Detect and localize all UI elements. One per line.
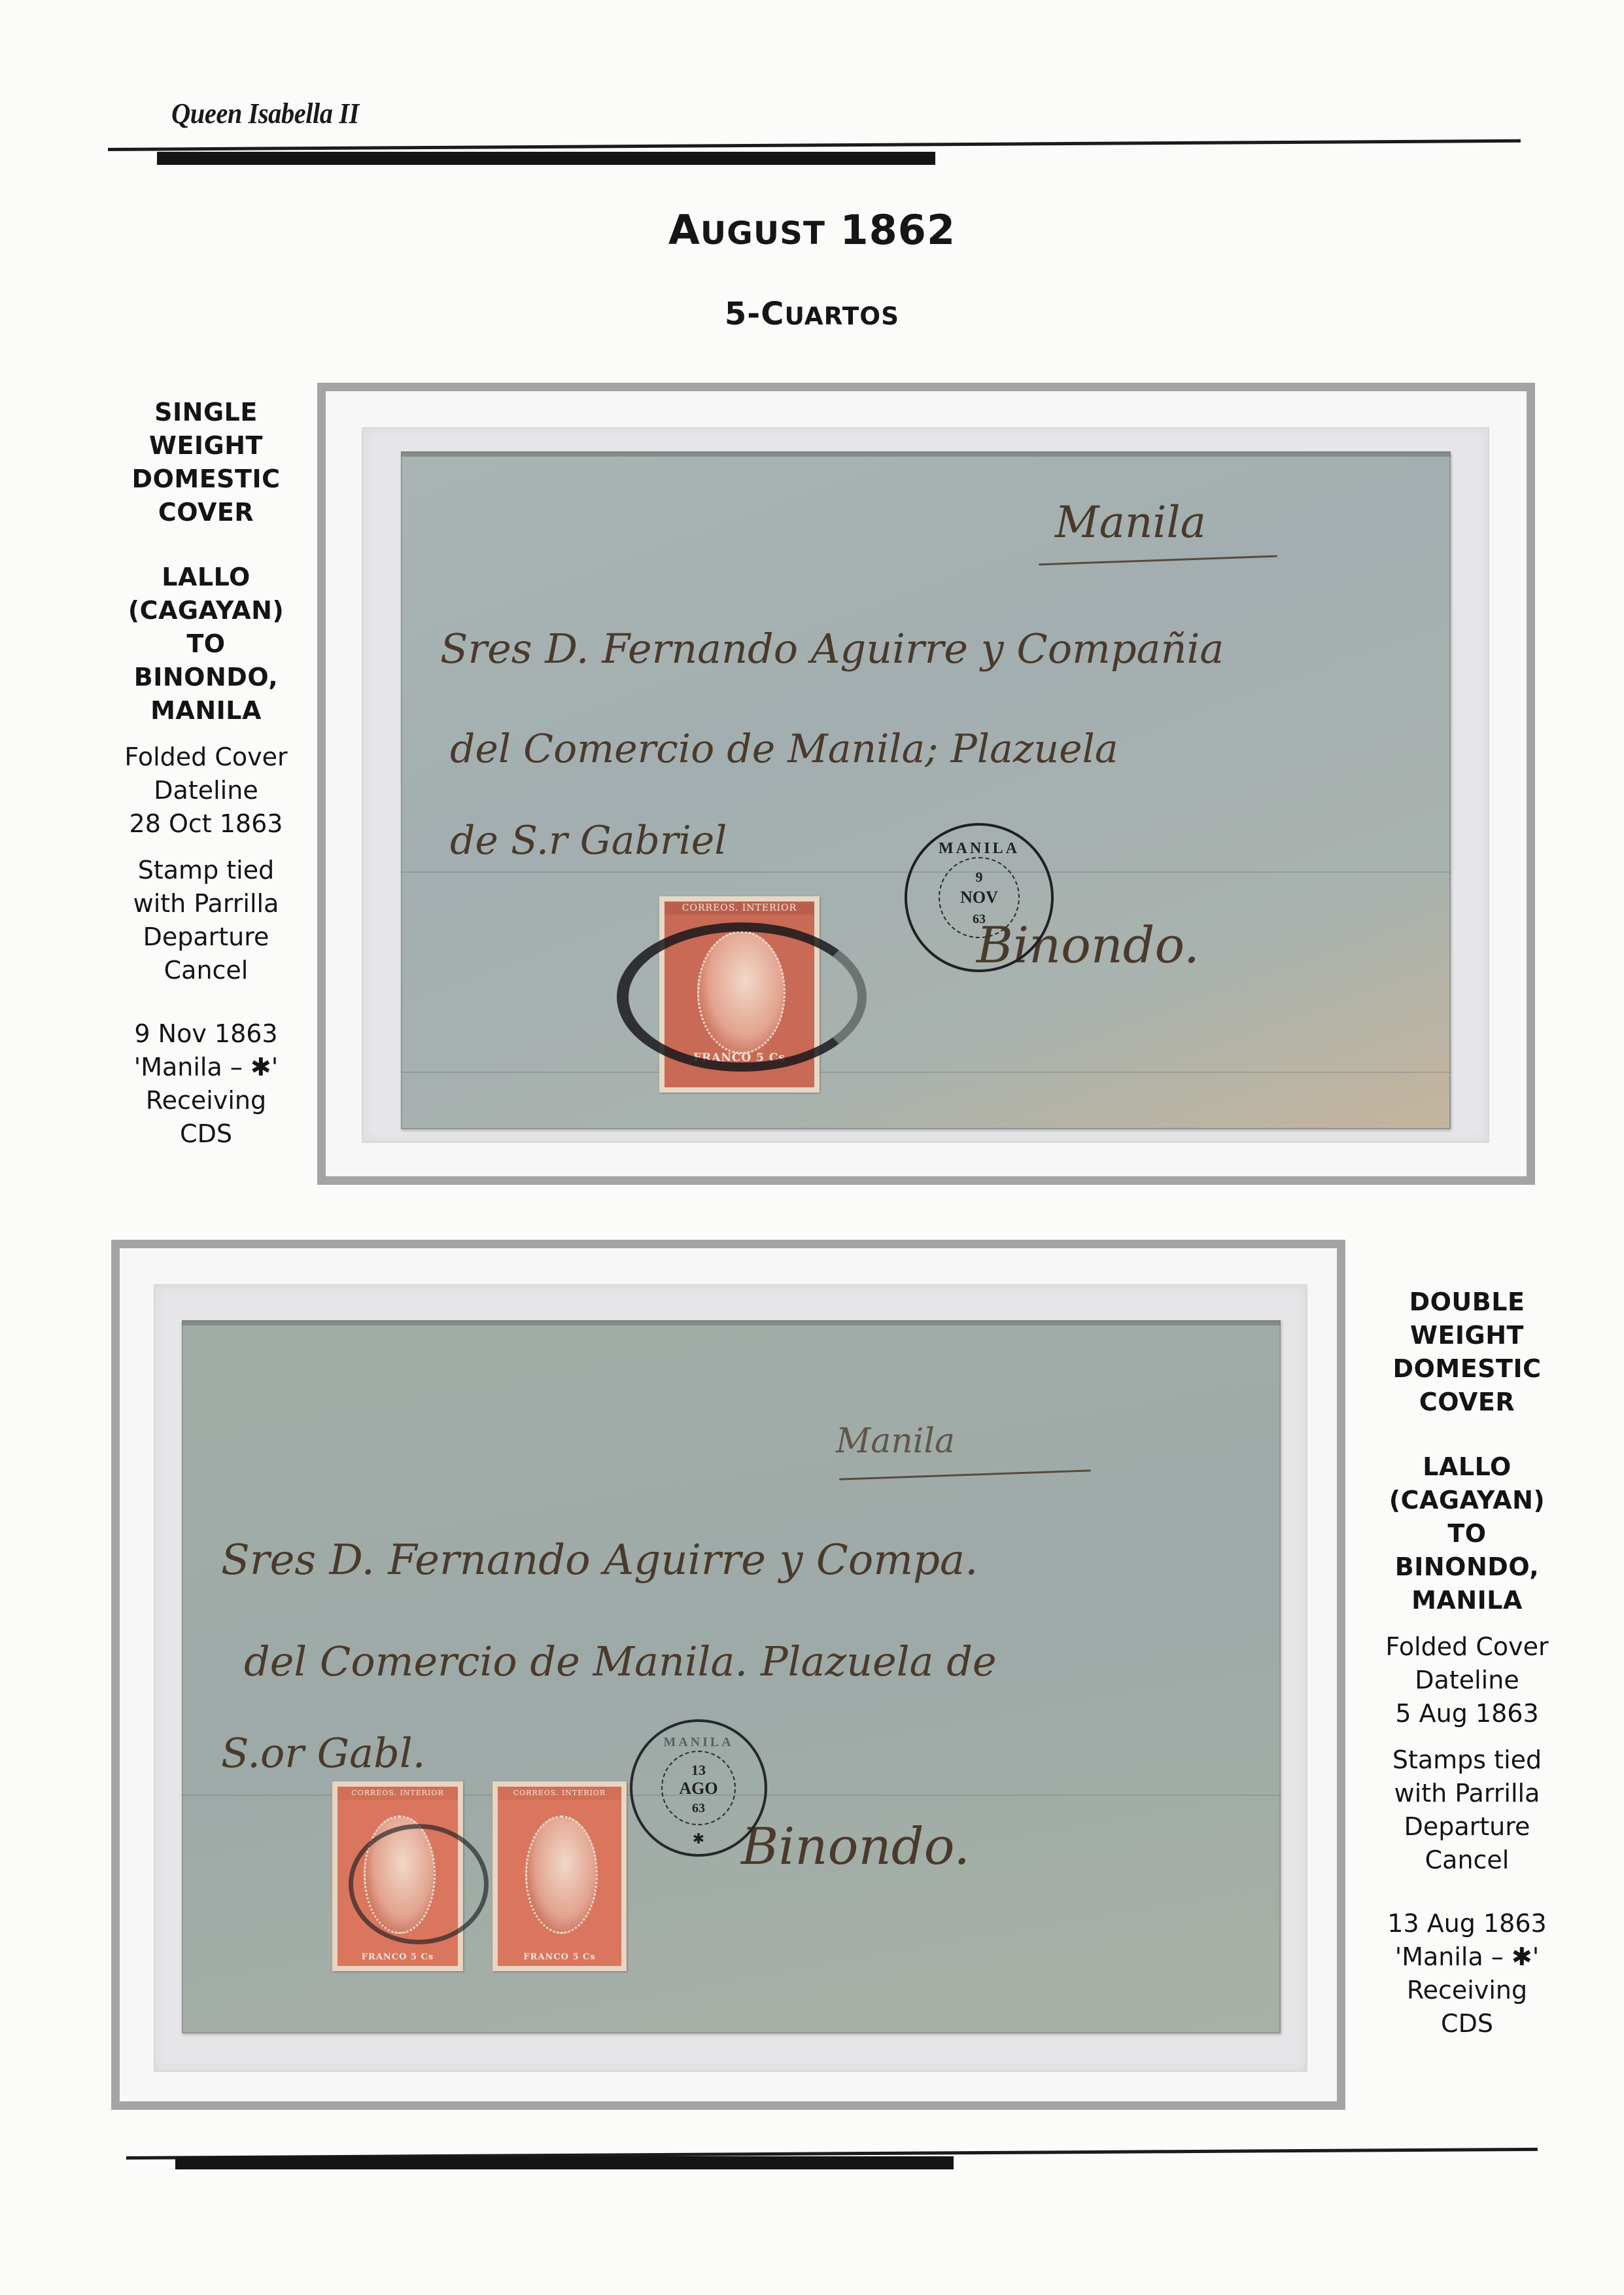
cds-month: NOV — [907, 888, 1051, 907]
exhibit-2-description: DOUBLE WEIGHT DOMESTIC COVER LALLO (CAGA… — [1359, 1286, 1575, 2041]
exhibit-1-receiving: 9 Nov 1863 'Manila – ✱' Receiving CDS — [98, 1017, 314, 1151]
cds-day: 13 — [632, 1762, 765, 1779]
stamp-top-legend: CORREOS. INTERIOR — [665, 902, 814, 915]
exhibit-2-receiving: 13 Aug 1863 'Manila – ✱' Receiving CDS — [1359, 1907, 1575, 2041]
page-subtitle: 5-CUARTOS — [0, 296, 1624, 332]
cds-year: 63 — [632, 1801, 765, 1816]
cover-1-destination-underline — [1039, 555, 1277, 566]
queen-portrait-icon — [525, 1815, 598, 1934]
page-subtitle-prefix: 5-C — [725, 296, 785, 332]
cover-2-cds-postmark: MANILA 13 AGO 63 ✱ — [630, 1719, 767, 1857]
exhibit-1-heading: SINGLE WEIGHT DOMESTIC COVER — [98, 396, 314, 529]
cover-1-destination: Manila — [1055, 497, 1206, 548]
exhibit-2-route: LALLO (CAGAYAN) TO BINONDO, MANILA — [1359, 1450, 1575, 1617]
exhibit-1-dateline: Folded Cover Dateline 28 Oct 1863 — [98, 741, 314, 841]
page-title-year: 1862 — [840, 206, 956, 254]
exhibit-2-dateline: Folded Cover Dateline 5 Aug 1863 — [1359, 1630, 1575, 1730]
parrilla-cancel-icon — [349, 1824, 489, 1944]
stamp-top-legend: CORREOS. INTERIOR — [337, 1787, 458, 1800]
cover-fold-line — [401, 1072, 1451, 1073]
cover-1-cds-postmark: MANILA 9 NOV 63 — [905, 823, 1054, 972]
cover-1-address-line-1: Sres D. Fernando Aguirre y Compañia — [440, 625, 1224, 673]
cover-2-address-line-3: S.or Gabl. — [221, 1729, 425, 1777]
cover-2-destination: Manila — [836, 1422, 955, 1461]
cover-top-edge — [401, 451, 1451, 457]
cover-top-edge — [182, 1320, 1281, 1325]
parrilla-cancel-icon — [617, 922, 867, 1072]
footer-rule-thick — [175, 2156, 954, 2169]
cover-1-address-line-3: de S.r Gabriel — [450, 818, 727, 864]
page-title-rest: UGUST — [700, 215, 825, 252]
exhibit-1-description: SINGLE WEIGHT DOMESTIC COVER LALLO (CAGA… — [98, 396, 314, 1151]
header-rule-thick — [157, 152, 935, 165]
cds-star-icon: ✱ — [632, 1831, 765, 1848]
exhibit-1-cover: Manila Sres D. Fernando Aguirre y Compañ… — [401, 451, 1451, 1129]
cover-2-town: Binondo. — [741, 1817, 970, 1876]
cover-1-address-line-2: del Comercio de Manila; Plazuela — [450, 726, 1118, 772]
exhibit-1-route: LALLO (CAGAYAN) TO BINONDO, MANILA — [98, 561, 314, 727]
cover-2-address-line-2: del Comercio de Manila. Plazuela de — [244, 1638, 997, 1685]
cover-2-address-line-1: Sres D. Fernando Aguirre y Compa. — [221, 1536, 978, 1585]
exhibit-2-cover: Manila Sres D. Fernando Aguirre y Compa.… — [182, 1320, 1281, 2033]
page-header-title: Queen Isabella II — [171, 97, 359, 130]
page-title-initial: A — [668, 206, 700, 254]
cds-town: MANILA — [907, 840, 1051, 858]
cds-town: MANILA — [632, 1735, 765, 1750]
exhibit-2-cancel-note: Stamps tied with Parrilla Departure Canc… — [1359, 1743, 1575, 1877]
exhibit-2-frame: Manila Sres D. Fernando Aguirre y Compa.… — [111, 1240, 1345, 2110]
page-title: AUGUST 1862 — [0, 206, 1624, 254]
cds-day: 9 — [907, 869, 1051, 886]
header-rule-thin — [108, 139, 1521, 151]
stamp-bottom-legend: FRANCO 5 Cs — [337, 1949, 458, 1966]
page-subtitle-rest: UARTOS — [784, 302, 899, 330]
cover-2-destination-underline — [839, 1469, 1091, 1480]
exhibit-1-frame: Manila Sres D. Fernando Aguirre y Compañ… — [317, 383, 1535, 1185]
stamp-top-legend: CORREOS. INTERIOR — [498, 1787, 621, 1800]
cover-2-stamp-2: CORREOS. INTERIOR FRANCO 5 Cs — [492, 1781, 627, 1971]
exhibit-2-heading: DOUBLE WEIGHT DOMESTIC COVER — [1359, 1286, 1575, 1419]
cds-month: AGO — [632, 1779, 765, 1798]
stamp-bottom-legend: FRANCO 5 Cs — [498, 1949, 621, 1966]
exhibit-1-cancel-note: Stamp tied with Parrilla Departure Cance… — [98, 854, 314, 987]
cds-year: 63 — [907, 912, 1051, 927]
